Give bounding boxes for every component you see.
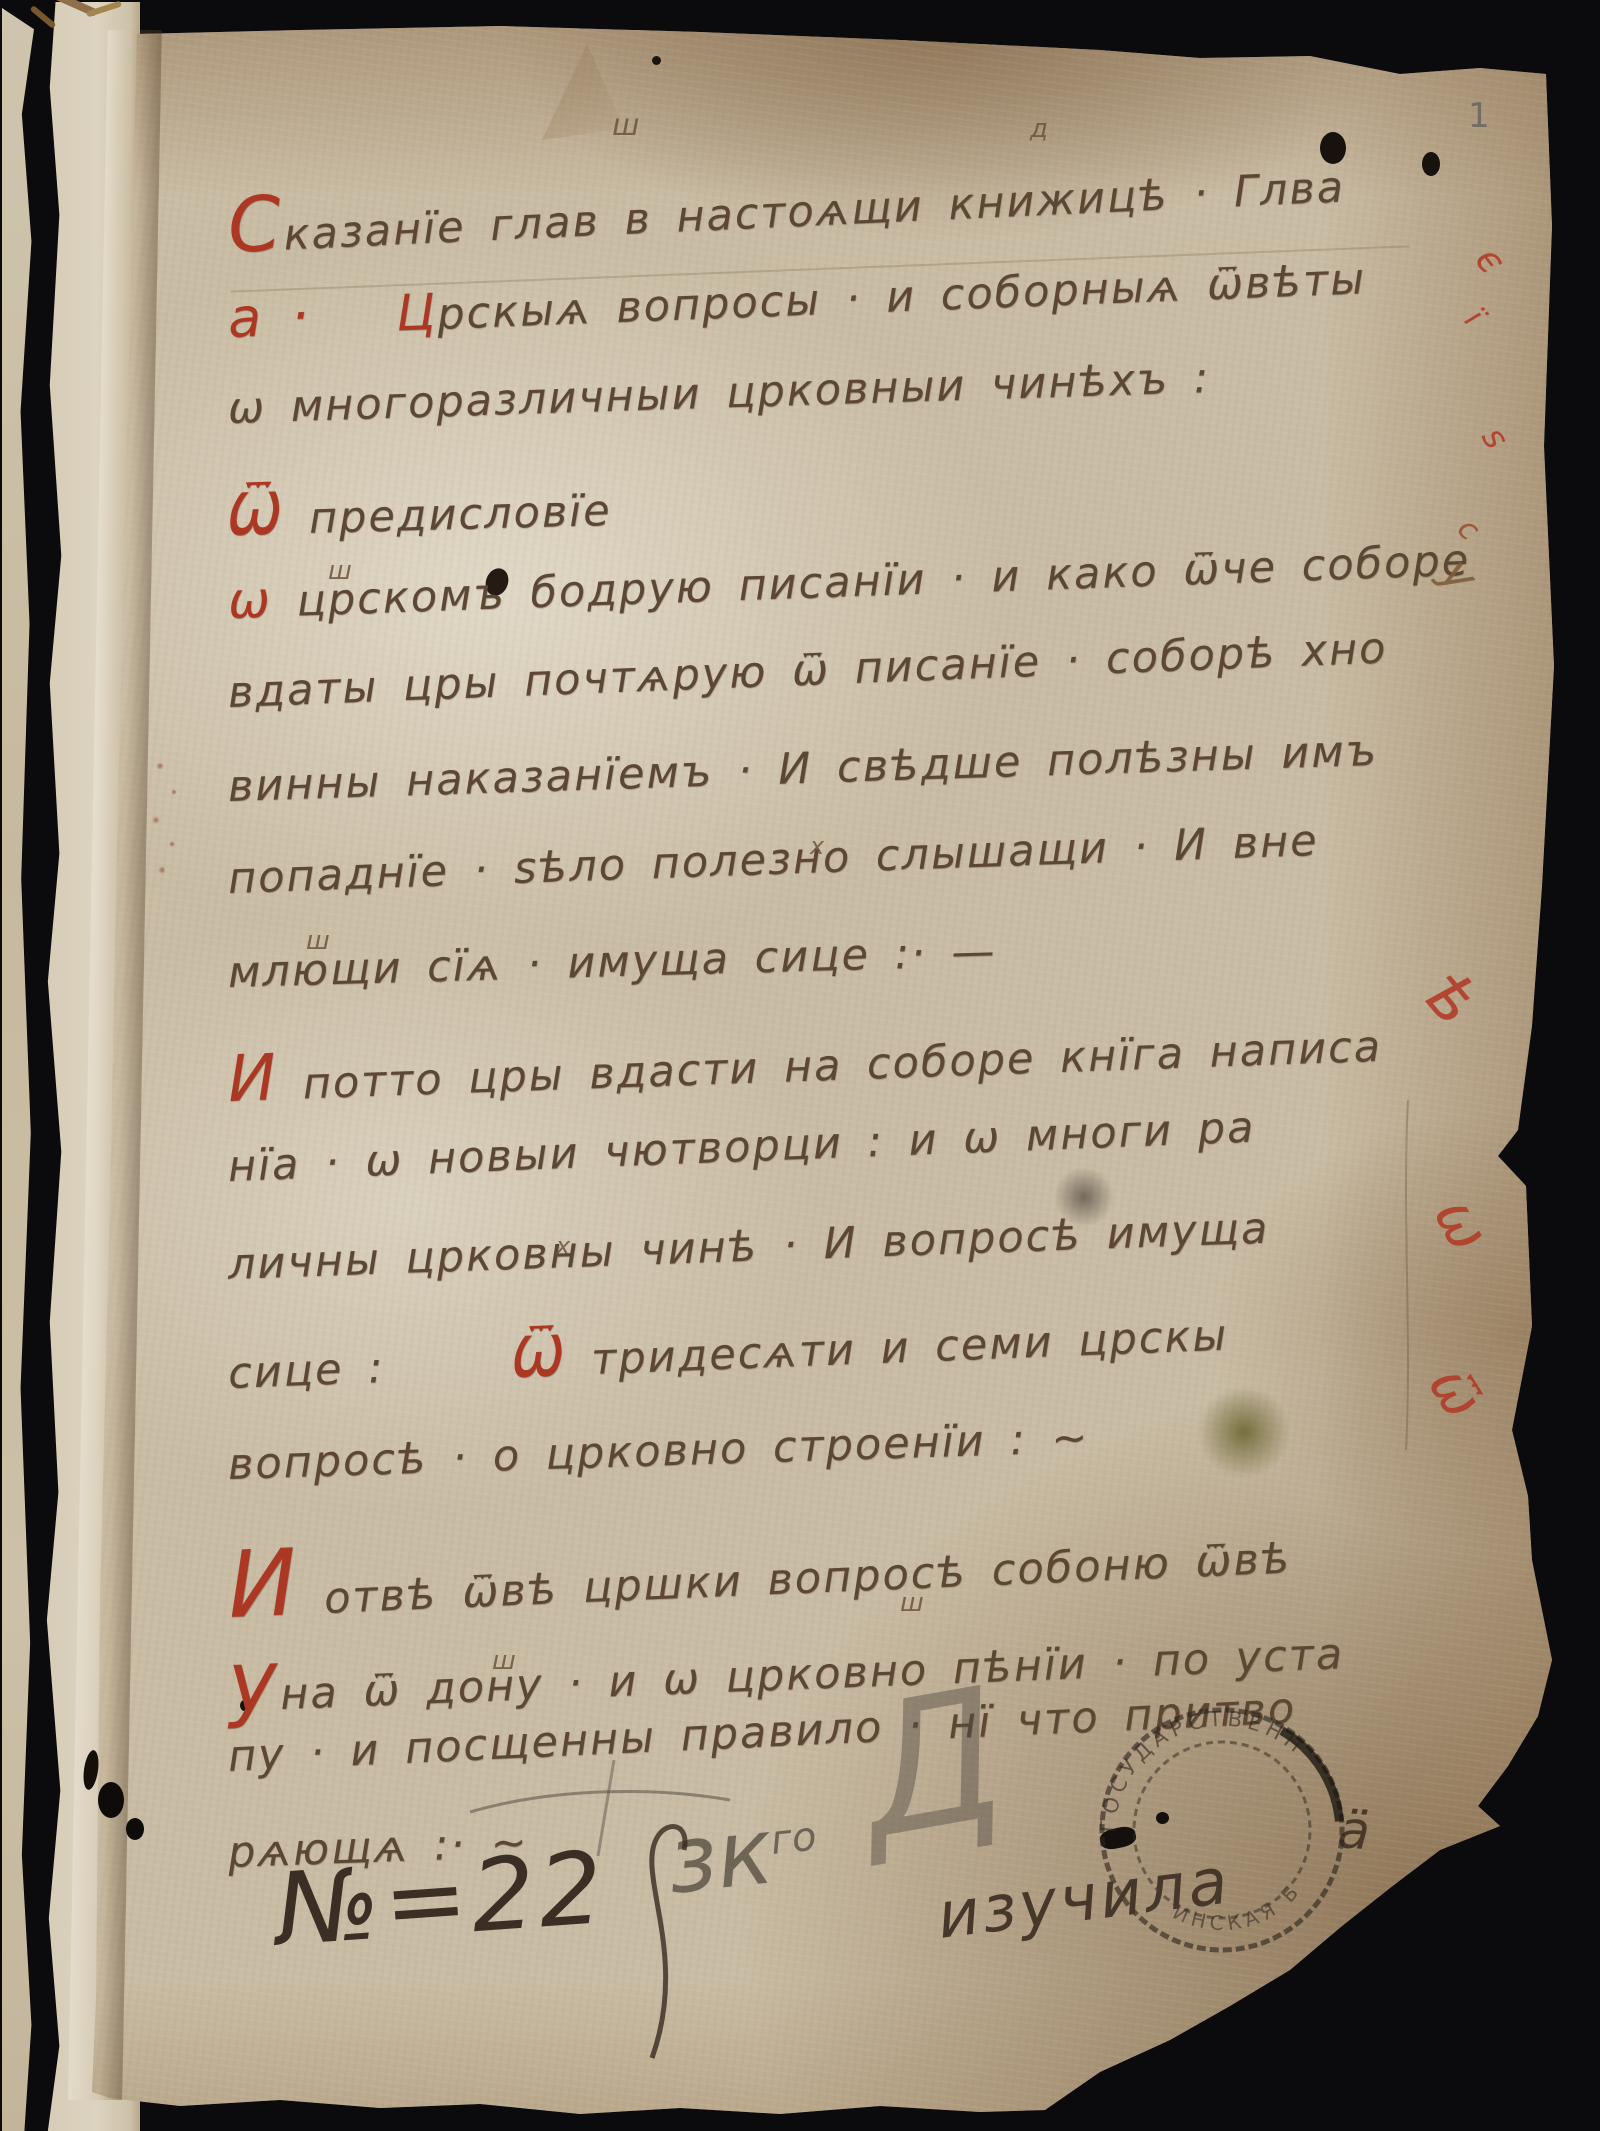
worm-hole [126, 1818, 144, 1840]
rubric-initial: Ѿ [511, 1324, 568, 1391]
line-text: предисловїе [284, 486, 613, 545]
line-text: сице : [227, 1343, 385, 1399]
pencil-note-main: зк [662, 1797, 777, 1914]
olive-stain [1196, 1386, 1292, 1478]
pencil-note: зкго [662, 1793, 822, 1915]
rubric-initial: Ц [395, 283, 438, 343]
binding-thread [30, 5, 57, 29]
superscript-letter: ш [612, 108, 639, 143]
superscript-letter: х [810, 832, 824, 860]
superscript-letter: х [556, 1232, 570, 1260]
rubric-initial: Ѿ [227, 480, 285, 549]
rubric-initial: С [226, 179, 285, 270]
superscript-letter: ш [900, 1588, 924, 1618]
mold-speckles [146, 748, 198, 888]
manuscript-photo: Сказанїе глав в настоѧщи книжицѣ · Глва … [0, 0, 1600, 2131]
rubric-initial: у [226, 1631, 281, 1731]
pencil-note-superscript: го [769, 1813, 819, 1864]
superscript-letter: ш [492, 1646, 516, 1676]
ink-blot [1422, 152, 1440, 176]
ink-speck [652, 56, 661, 65]
rubric-initial: ѡ [227, 570, 273, 629]
rubric-chapter-number: а · [227, 284, 312, 350]
rubric-initial: И [227, 1041, 279, 1117]
superscript-letter: ш [306, 926, 330, 956]
folio-pencil-number: 1 [1468, 96, 1490, 136]
spine-edge-strip [2, 8, 34, 2131]
superscript-letter: д [1030, 114, 1048, 144]
stamp-ink-speck [1156, 1812, 1169, 1824]
worm-hole [98, 1782, 124, 1818]
rubric-initial: И [226, 1529, 301, 1639]
manuscript-line: Ѿ предисловїе [227, 476, 612, 544]
superscript-letter: ш [328, 556, 352, 586]
folio-ink-mark: ӓ [1336, 1800, 1372, 1862]
library-number-inscription: №=22 [272, 1829, 610, 1969]
